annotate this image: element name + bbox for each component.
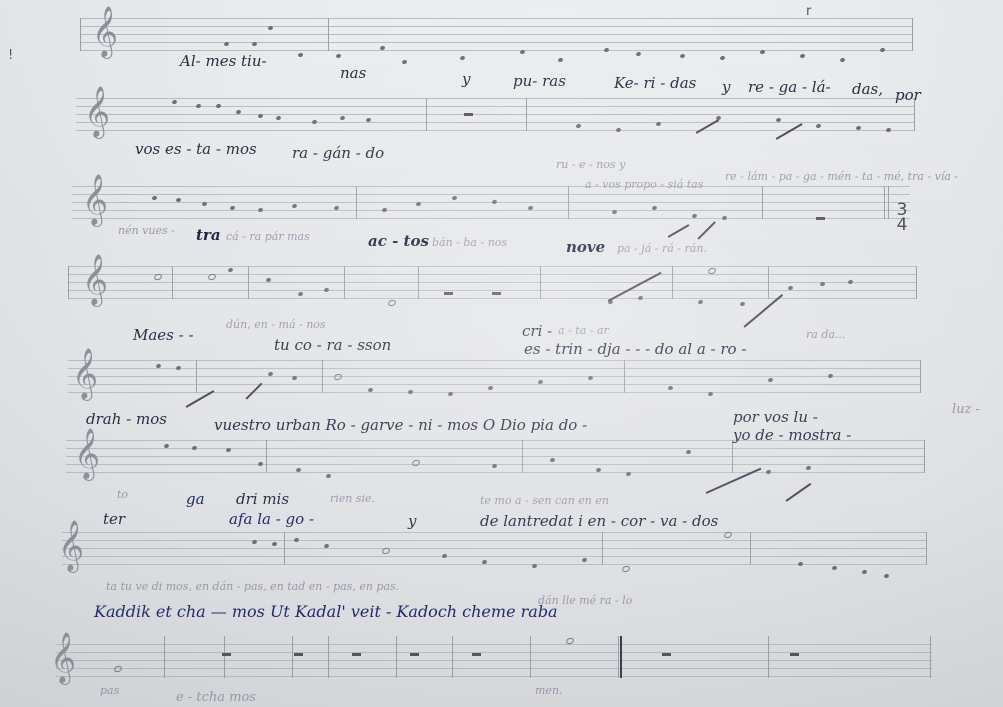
staff-7: 𝄞 [62, 532, 926, 566]
lyric-s6-5: de lantredat i en - cor - va - dos [480, 512, 718, 530]
lyric-s1-1: nas [340, 64, 366, 82]
treble-clef-icon: 𝄞 [82, 258, 108, 302]
lyric-s4-3: es - trin - dja - - - do al a - ro - [524, 340, 746, 358]
treble-clef-icon: 𝄞 [92, 10, 118, 54]
lyric-s1-5: y [722, 78, 730, 96]
lyric-s6-0: ter [103, 510, 125, 528]
staff-2: 𝄞 [76, 98, 914, 132]
pencil-lyric-s6-0: to [117, 488, 128, 501]
treble-clef-icon: 𝄞 [72, 352, 98, 396]
pencil-lyric-s8-0: pas [100, 684, 119, 697]
pencil-lyric-s4-1: a - ta - ar [558, 324, 609, 337]
pencil-lyric-s2-0: ru - e - nos y [556, 158, 625, 171]
pencil-lyric-s5-0: luz - [952, 402, 980, 417]
pencil-lyric-s8-1: e - tcha mos [176, 690, 256, 705]
staff-4: 𝄞 [68, 266, 916, 300]
pencil-lyric-s8-2: men. [535, 684, 563, 697]
treble-clef-icon: 𝄞 [84, 90, 110, 134]
manuscript-page: 𝄞 𝄞 𝄞 [0, 0, 1003, 707]
staff-8: 𝄞 [56, 644, 932, 678]
pencil-lyric-s4-0: dún, en - má - nos [226, 318, 326, 331]
lyric-s2-1: ra - gán - do [292, 144, 384, 162]
time-signature: 3 4 [895, 203, 909, 233]
lyric-s5-1: vuestro urban Ro - garve - ni - mos O Di… [214, 416, 587, 434]
lyric-s3-1: ac - tos [368, 232, 429, 250]
pencil-lyric-s4-2: ra da... [806, 328, 845, 341]
lyric-s1-4: Ke- ri - das [614, 74, 696, 92]
lyric-s6-4: y [408, 512, 416, 530]
pencil-lyric-s3-1: cá - ra pár mas [226, 230, 310, 243]
lyric-s7-0: Kaddik et cha — mos Ut Kadal' veit - Kad… [94, 602, 558, 621]
lyric-s6-3: afa la - go - [229, 510, 314, 528]
pencil-lyric-s3-2: bán - ba - nos [432, 236, 507, 249]
lyric-s6-1: ga [186, 490, 205, 508]
lyric-s5-2: por vos lu - [733, 408, 818, 426]
lyric-s4-1: tu co - ra - sson [274, 336, 391, 354]
margin-mark-left: ! [8, 48, 13, 63]
staff-1: 𝄞 [80, 18, 912, 52]
lyric-s1-7: das, [852, 80, 883, 98]
lyric-s4-0: Maes - - [133, 326, 194, 344]
staff-6: 𝄞 [66, 440, 924, 474]
lyric-s2-0: vos es - ta - mos [135, 140, 257, 158]
pencil-lyric-s2-1: re - lám - pa - ga - mén - ta - mé, tra … [725, 170, 958, 183]
margin-mark-top-right: r [806, 4, 811, 19]
lyric-s1-2: y [462, 70, 470, 88]
pencil-lyric-s3-3: pa - já - rá - rán. [617, 242, 707, 255]
lyric-s1-6: re - ga - lá- [748, 78, 831, 96]
lyric-s4-2: cri - [522, 322, 552, 340]
treble-clef-icon: 𝄞 [74, 432, 100, 476]
lyric-s1-0: Al- mes tiu- [180, 52, 267, 70]
lyric-s1-3: pu- ras [513, 72, 566, 90]
lyric-s5-0: drah - mos [86, 410, 167, 428]
treble-clef-icon: 𝄞 [50, 636, 76, 680]
lyric-s6-2: dri mis [236, 490, 289, 508]
staff-3: 𝄞 [72, 186, 910, 220]
pencil-lyric-s6-2: te mo a - sen can en en [480, 494, 609, 507]
pencil-lyric-s7-1: dán lle mé ra - lo [538, 594, 632, 607]
treble-clef-icon: 𝄞 [58, 524, 84, 568]
pencil-lyric-s7-0: ta tu ve di mos, en dán - pas, en tad en… [106, 580, 399, 593]
lyric-s5-3: yo de - mostra - [733, 426, 851, 444]
lyric-s3-0: tra [196, 226, 221, 244]
lyric-s1-8: por [895, 86, 921, 104]
time-signature-bottom: 4 [895, 218, 909, 233]
lyric-s3-2: nove [566, 238, 605, 256]
pencil-lyric-s6-1: rien sie. [330, 492, 375, 505]
staff-5: 𝄞 [68, 360, 920, 394]
pencil-lyric-s3-0: nén vues - [118, 224, 175, 237]
pencil-lyric-s2-2: a - vos propo - siá tas [585, 178, 703, 191]
treble-clef-icon: 𝄞 [82, 178, 108, 222]
